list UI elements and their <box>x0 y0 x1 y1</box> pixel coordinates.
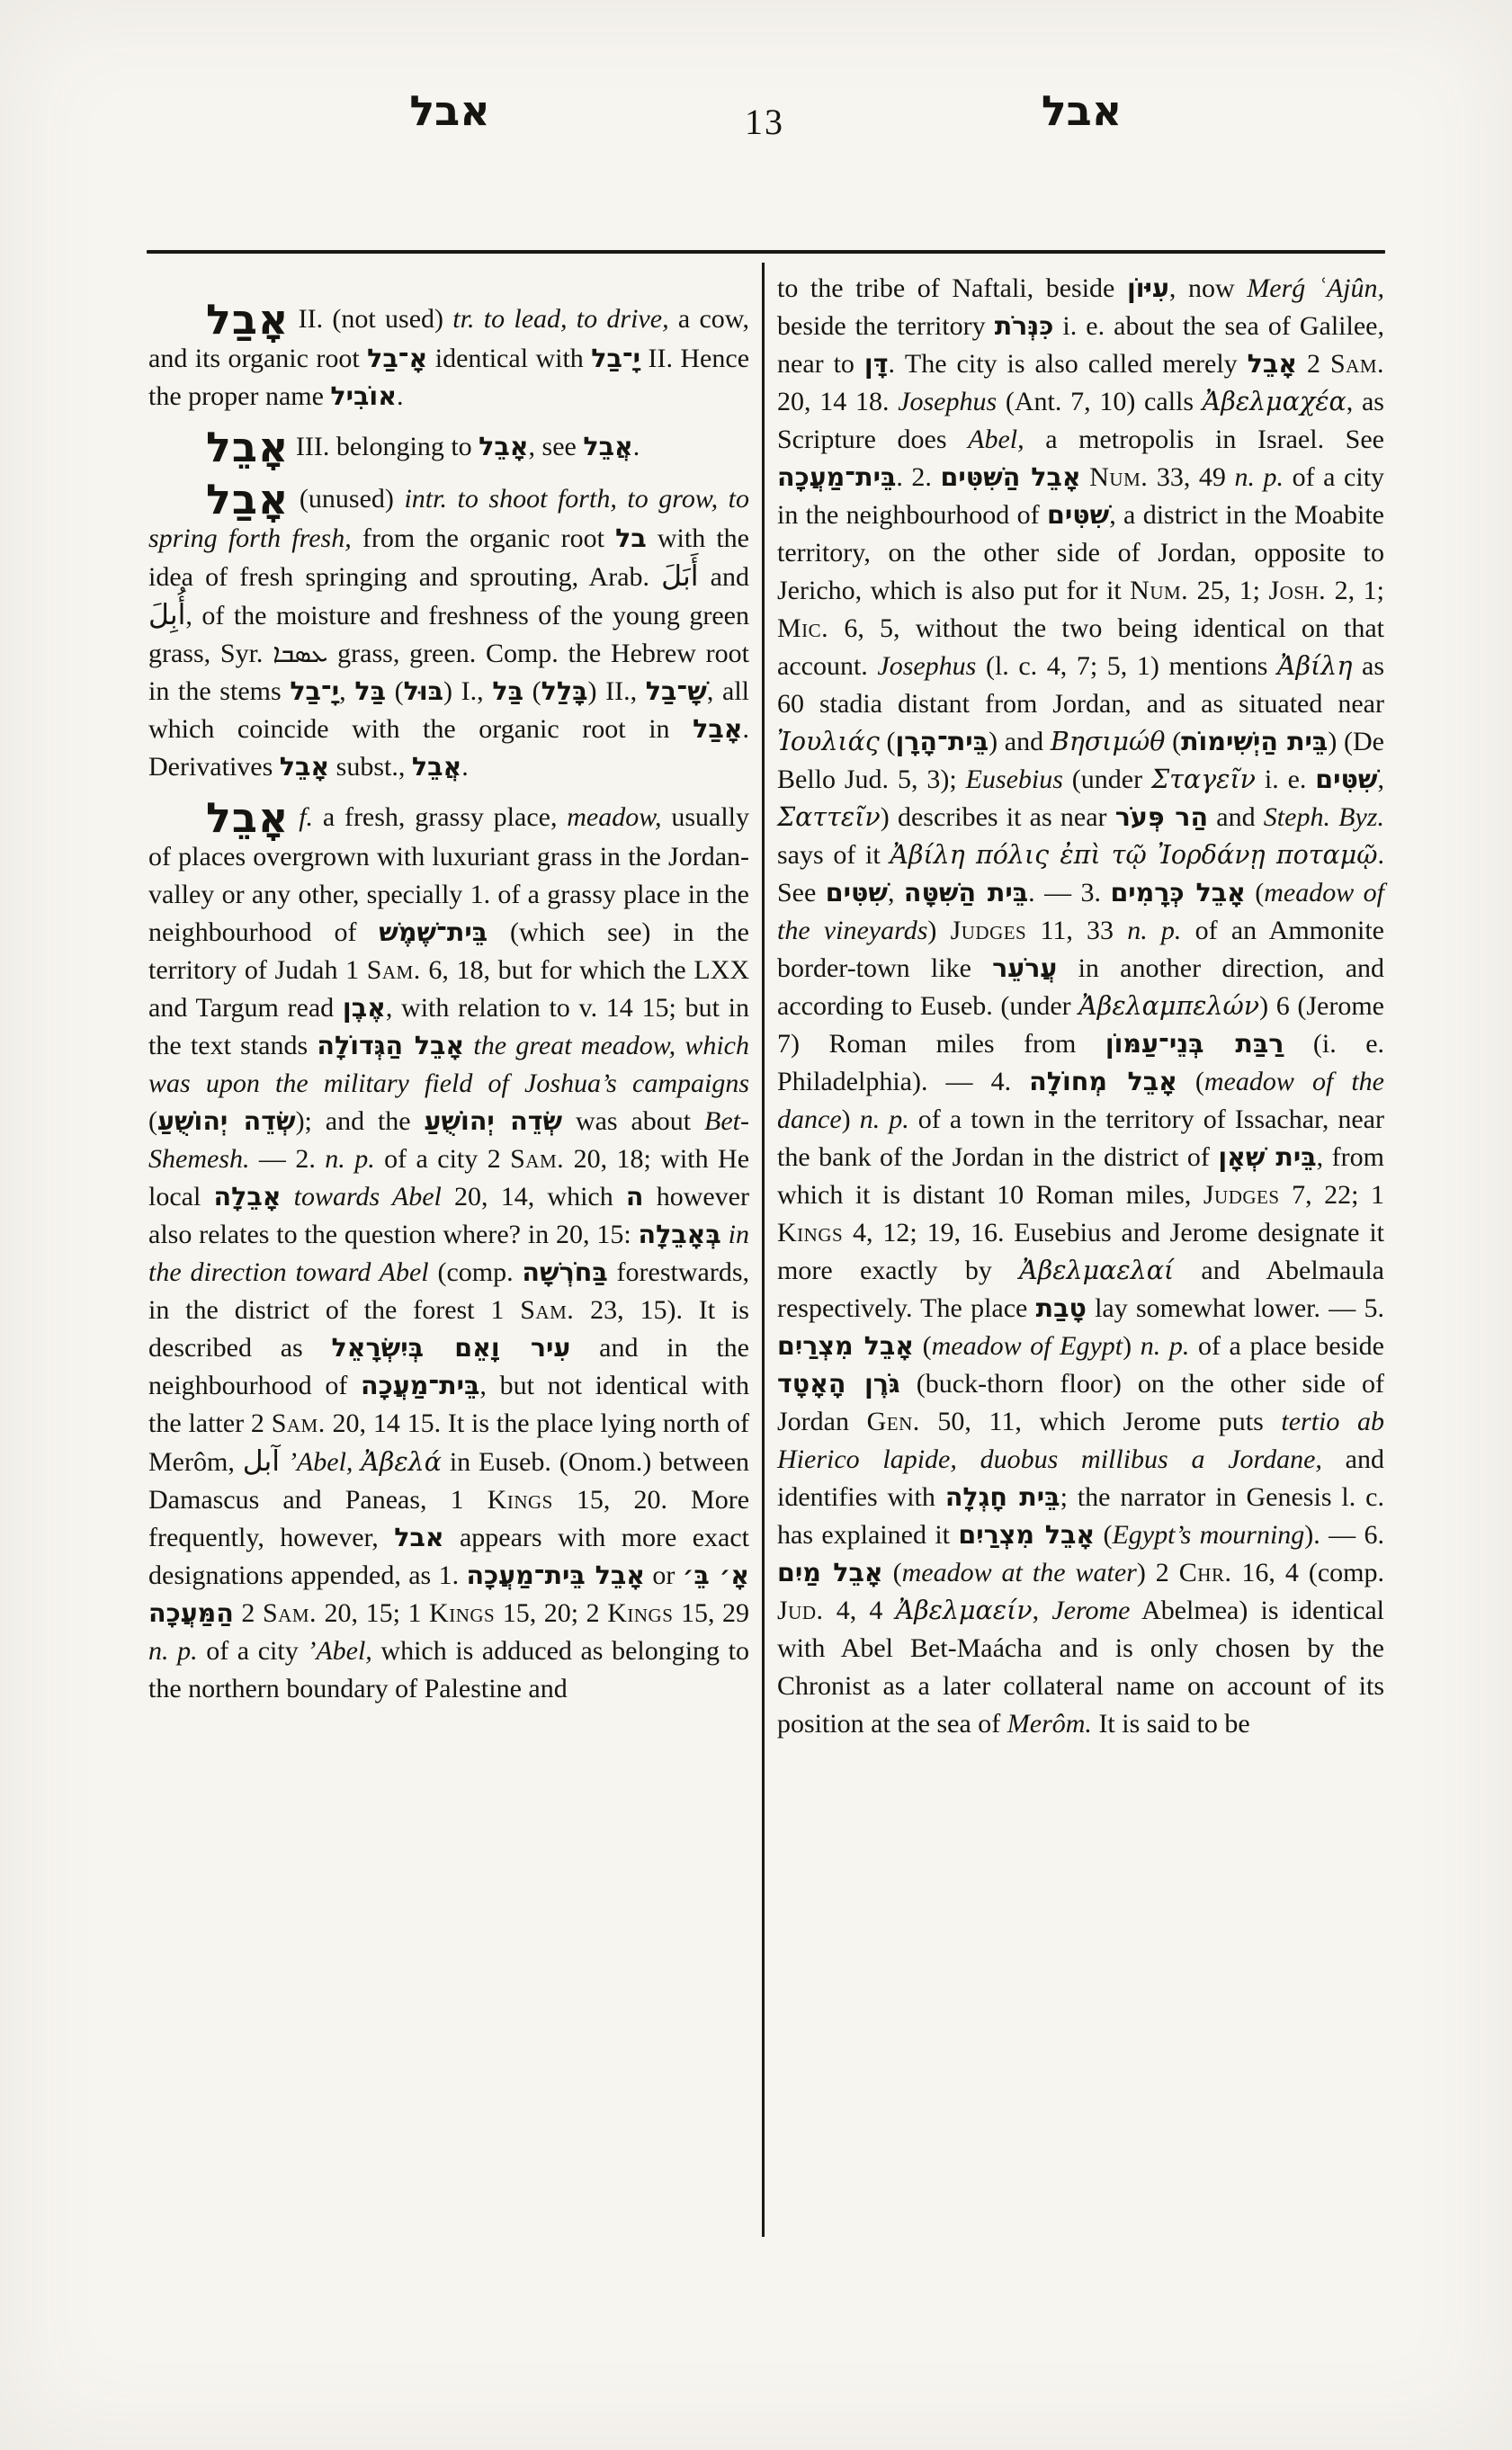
bible-book-abbrev: Kings <box>488 1485 553 1515</box>
text-run: ) and <box>989 727 1051 756</box>
hebrew-word: בֵּית־שֶׁמֶשׁ <box>379 917 488 947</box>
hebrew-word: אָבֵל בֵּית־מַעֲכָה <box>466 1560 645 1590</box>
text-run: ( <box>523 676 541 706</box>
text-run: Eusebius <box>966 765 1063 794</box>
text-run: ) II., <box>587 676 645 706</box>
text-run: , <box>1033 1596 1052 1625</box>
text-run: of a city 2 <box>375 1144 510 1174</box>
hebrew-word: בֵּית־הָרָן <box>895 727 989 756</box>
text-run: towards Abel <box>294 1182 442 1212</box>
text-run: 20, 14, which <box>442 1182 626 1212</box>
text-run: , see <box>529 432 584 461</box>
bible-book-abbrev: Kings <box>429 1598 495 1628</box>
bible-book-abbrev: Judges <box>1203 1180 1280 1210</box>
greek-word: Ἀβελμαχέα <box>1203 387 1346 416</box>
hebrew-word: בֵּית שְׁאָן <box>1218 1142 1316 1172</box>
hebrew-word: אָבֵל <box>1248 349 1297 379</box>
hebrew-word: אָבֵל מְחוֹלָה <box>1029 1067 1177 1096</box>
text-run: subst., <box>329 752 412 782</box>
hebrew-word: אֶבֶן <box>343 993 386 1023</box>
text-run <box>464 1031 473 1060</box>
text-run: 33, 49 <box>1148 462 1234 492</box>
hebrew-headword: אָבֵל <box>206 793 289 842</box>
entry-abel-meadow-continued: to the tribe of Naftali, beside עִיּוֹן,… <box>777 270 1384 1743</box>
bible-book-abbrev: Sam. <box>520 1295 574 1325</box>
text-run: meadow, <box>567 802 661 832</box>
text-run: (l. c. 4, 7; 5, 1) mentions <box>976 651 1277 681</box>
text-run: ( <box>1246 878 1264 908</box>
hebrew-word: אוֹבִיל <box>330 381 397 411</box>
text-run: ( <box>1095 1520 1112 1550</box>
greek-word: Ἀβελμαελαί <box>1019 1256 1174 1285</box>
text-run: . <box>633 432 640 461</box>
text-run: , <box>1378 765 1385 794</box>
hebrew-word: אבל <box>394 1523 443 1552</box>
column-divider-rule <box>762 263 765 2237</box>
text-run: ( <box>1165 727 1181 756</box>
arabic-word: آبل <box>243 1445 280 1478</box>
hebrew-word: בֵּית הַיְשִׁימוֹת <box>1181 727 1328 756</box>
text-run: Steph. Byz. <box>1264 802 1384 832</box>
text-run: or <box>645 1560 683 1590</box>
text-run: Jerome <box>1051 1596 1130 1625</box>
bible-book-abbrev: Josh. <box>1268 576 1326 605</box>
text-run: ( <box>148 1106 157 1136</box>
text-run: to the tribe of Naftali, beside <box>777 273 1127 303</box>
text-run: 2, 1; <box>1326 576 1384 605</box>
hebrew-headword: אָבֵל <box>206 423 289 471</box>
bible-book-abbrev: Num. <box>1130 576 1188 605</box>
text-run: Abel, <box>968 425 1024 454</box>
text-run: n. p. <box>1234 462 1284 492</box>
text-run: II. (not used) <box>289 304 452 334</box>
hebrew-word: שִׁטִּים <box>1315 765 1377 794</box>
text-run: It is said to be <box>1092 1709 1250 1739</box>
text-run: ( <box>386 676 404 706</box>
hebrew-word: בֵּית חָגְלָה <box>945 1482 1060 1512</box>
text-run: and <box>699 562 749 592</box>
greek-word: Ἀβίλη <box>1277 651 1352 681</box>
bible-book-abbrev: Kings <box>607 1598 673 1628</box>
text-run <box>353 1447 361 1477</box>
text-run: 20, 15; 1 <box>317 1598 429 1628</box>
greek-word: Ἀβελμαείν <box>896 1596 1033 1625</box>
text-run: lay somewhat lower. — 5. <box>1087 1293 1384 1323</box>
text-run <box>280 1447 288 1477</box>
hebrew-word: אָבֵלָה <box>214 1182 282 1212</box>
text-run: , <box>339 676 354 706</box>
text-run: 16, 4 (comp. <box>1231 1558 1384 1587</box>
text-run: and <box>1208 802 1264 832</box>
text-run: ’Abel, <box>288 1447 353 1477</box>
hebrew-word: בָּלַל <box>541 676 588 706</box>
text-run: 20, 14 18. <box>777 387 898 416</box>
text-run: (unused) <box>289 484 404 514</box>
text-run: 7, 22; 1 <box>1280 1180 1384 1210</box>
hebrew-word: עִיּוֹן <box>1127 273 1169 303</box>
running-head-right: אבל <box>778 86 1385 135</box>
text-run: i. e. <box>1256 765 1315 794</box>
syriac-word: ܥܣܒܐ <box>273 639 327 668</box>
text-run: f. <box>299 802 313 832</box>
text-run: ). — 6. <box>1304 1520 1384 1550</box>
entry-abal-verb: אָבַל (unused) intr. to shoot forth, to … <box>148 478 749 786</box>
text-run: n. p. <box>325 1144 374 1174</box>
text-run: ) <box>842 1104 860 1134</box>
bible-book-abbrev: Sam. <box>367 955 421 985</box>
bible-book-abbrev: Gen. <box>867 1407 920 1436</box>
bible-book-abbrev: Jud. <box>777 1596 824 1625</box>
hebrew-word: אָבֵל הַגְּדוֹלָה <box>317 1031 464 1060</box>
bible-book-abbrev: Judges <box>951 916 1027 945</box>
greek-word: Σταγεῖν <box>1151 765 1256 794</box>
hebrew-word: ה <box>626 1182 644 1212</box>
text-run: ) <box>1123 1331 1141 1361</box>
text-run: of a place beside <box>1189 1331 1384 1361</box>
hebrew-word: הַר פְּעֹר <box>1115 802 1208 832</box>
hebrew-word: בַּל <box>492 676 523 706</box>
text-run: (under <box>1063 765 1151 794</box>
running-head-right-word: אבל <box>1042 86 1122 135</box>
entry-abal-II: אָבַל II. (not used) tr. to lead, to dri… <box>148 299 749 416</box>
text-run: ) <box>927 916 950 945</box>
hebrew-word: בֵּית־מַעֲכָה <box>777 462 896 492</box>
hebrew-word: אָבֵל הַשִּׁטִּים <box>941 462 1081 492</box>
text-run: ); and the <box>296 1106 425 1136</box>
hebrew-word: אָבֵל כְּרָמִים <box>1110 878 1245 908</box>
hebrew-word: בַּל <box>354 676 386 706</box>
text-run: ) 2 <box>1137 1558 1179 1587</box>
greek-word: Ἀβελά <box>361 1447 442 1477</box>
hebrew-word: בַּחֹרְשָׁה <box>522 1257 607 1287</box>
bible-book-abbrev: Mic. <box>777 613 828 643</box>
hebrew-word: אֲבֵל <box>412 752 461 782</box>
text-run: 15, 20; 2 <box>495 1598 607 1628</box>
text-run: — 2. <box>249 1144 325 1174</box>
text-run: . <box>461 752 469 782</box>
hebrew-word: אָבֵל מִצְרַיִם <box>777 1331 914 1361</box>
running-head-left-word: אבל <box>409 86 489 135</box>
arabic-word: أَبَلَ <box>661 560 698 593</box>
hebrew-word: בּוּל <box>404 676 443 706</box>
hebrew-word: כִּנְּרֹת <box>995 311 1054 341</box>
text-run: III. belonging to <box>289 432 479 461</box>
hebrew-word: שִׁטִּים <box>826 878 888 908</box>
bible-book-abbrev: Sam. <box>510 1144 564 1174</box>
text-block: אָבַל II. (not used) tr. to lead, to dri… <box>148 263 1387 2237</box>
text-run: ) I., <box>443 676 492 706</box>
hebrew-word: אָ־בַל <box>367 344 427 373</box>
hebrew-word: גֹּרֶן הָאָטָד <box>777 1369 900 1399</box>
text-run <box>1081 462 1090 492</box>
entry-abel-meadow: אָבֵל f. a fresh, grassy place, meadow, … <box>148 797 749 1708</box>
text-run: Egypt’s mourning <box>1112 1520 1304 1550</box>
right-column: to the tribe of Naftali, beside עִיּוֹן,… <box>777 263 1384 1743</box>
text-run: 50, 11, which Jerome puts <box>920 1407 1282 1436</box>
text-run <box>281 1182 293 1212</box>
header-rule <box>147 250 1385 254</box>
hebrew-word: בְּאָבֵלָה <box>638 1220 720 1249</box>
text-run: meadow at the water <box>902 1558 1137 1587</box>
hebrew-word: אָבֵל מַיִם <box>777 1558 883 1587</box>
text-run: 4, 4 <box>824 1596 896 1625</box>
bible-book-abbrev: Sam. <box>272 1408 326 1438</box>
text-run: 2 <box>1297 349 1330 379</box>
hebrew-word: יָ־בַל <box>591 344 640 373</box>
greek-word: Βησιμώθ <box>1051 727 1166 756</box>
text-run: n. p. <box>1141 1331 1190 1361</box>
text-run: 11, 33 <box>1026 916 1127 945</box>
text-run: . <box>397 381 404 411</box>
hebrew-word: אָבֵל מִצְרַיִם <box>958 1520 1095 1550</box>
text-run: n. p. <box>1127 916 1181 945</box>
bible-book-abbrev: Sam. <box>1330 349 1384 379</box>
text-run: a metropolis in Israel. See <box>1024 425 1384 454</box>
hebrew-word: אָבַל <box>693 714 742 744</box>
lexicon-page: אבל 13 אבל אָבַל II. (not used) tr. to l… <box>0 0 1512 2450</box>
text-run: Josephus <box>898 387 997 416</box>
left-column: אָבַל II. (not used) tr. to lead, to dri… <box>148 263 749 1708</box>
text-run: n. p. <box>148 1636 198 1666</box>
hebrew-word: אָבֵל <box>479 432 528 461</box>
text-run: ( <box>883 1558 902 1587</box>
text-run: . 2. <box>896 462 940 492</box>
text-run: says of it <box>777 840 890 870</box>
text-run: (comp. <box>429 1257 523 1287</box>
text-run: Merǵ ʿAjûn, <box>1247 273 1384 303</box>
text-run: 2 <box>234 1598 263 1628</box>
bible-book-abbrev: Sam. <box>263 1598 317 1628</box>
hebrew-word: אֲבֵל <box>583 432 632 461</box>
text-run: Merôm. <box>1007 1709 1092 1739</box>
hebrew-word: דָּן <box>864 349 889 379</box>
entry-abel-III: אָבֵל III. belonging to אָבֵל, see אֲבֵל… <box>148 426 749 468</box>
hebrew-word: בל <box>615 523 647 553</box>
text-run: from the organic root <box>352 523 615 553</box>
hebrew-word: שְׂדֵה יְהוֹשֻׁעַ <box>157 1106 296 1136</box>
text-run: . The city is also called merely <box>888 349 1247 379</box>
text-run: ( <box>880 727 896 756</box>
bible-book-abbrev: Num. <box>1089 462 1148 492</box>
bible-book-abbrev: Chr. <box>1179 1558 1232 1587</box>
hebrew-headword: אָבַל <box>206 475 289 523</box>
greek-word: Ἀβίλη πόλις ἐπὶ τῷ Ἰορδάνῃ ποταμῷ <box>890 840 1377 870</box>
text-run: n. p. <box>860 1104 909 1134</box>
text-run: of a city <box>198 1636 308 1666</box>
hebrew-word: שָׁ־בַל <box>646 676 707 706</box>
bible-book-abbrev: Kings <box>777 1218 843 1247</box>
text-run: (Ant. 7, 10) calls <box>997 387 1203 416</box>
text-run: Josephus <box>877 651 976 681</box>
hebrew-word: טָבַת <box>1036 1293 1087 1323</box>
greek-word: Ἰουλιάς <box>777 727 880 756</box>
running-head-left: אבל <box>148 86 751 135</box>
text-run: tr. to lead, to drive, <box>452 304 668 334</box>
text-run: ( <box>914 1331 932 1361</box>
greek-word: Ἀβελαμπελών <box>1078 991 1259 1021</box>
text-run: 15, 29 <box>673 1598 749 1628</box>
text-run: , <box>888 878 904 908</box>
hebrew-word: רַבַּת בְּנֵי־עַמּוֹן <box>1105 1029 1284 1059</box>
text-run: ’Abel, <box>307 1636 371 1666</box>
hebrew-word: עֲרֹעֵר <box>992 953 1057 983</box>
hebrew-word: שִׁטִּים <box>1047 500 1109 530</box>
text-run: ( <box>1177 1067 1204 1096</box>
text-run <box>721 1220 729 1249</box>
hebrew-word: שְׂדֵה יְהוֹשֻׁעַ <box>425 1106 563 1136</box>
greek-word: Σαττεῖν <box>777 802 881 832</box>
text-run: meadow of Egypt <box>932 1331 1123 1361</box>
text-run: 25, 1; <box>1188 576 1268 605</box>
hebrew-word: אָבֵל <box>280 752 329 782</box>
text-run: was about <box>562 1106 704 1136</box>
hebrew-word: בֵּית הַשִּׁטָּה <box>904 878 1028 908</box>
text-run: identical with <box>427 344 591 373</box>
text-run: , now <box>1169 273 1247 303</box>
hebrew-word: יָ־בַל <box>290 676 339 706</box>
text-run: ) describes it as near <box>881 802 1115 832</box>
text-run <box>289 802 299 832</box>
hebrew-word: עִיר וָאֵם בְּיִשְׂרָאֵל <box>332 1333 571 1363</box>
text-run: beside the territory <box>777 311 995 341</box>
hebrew-word: בֵּית־מַעֲכָה <box>361 1371 479 1400</box>
hebrew-headword: אָבַל <box>206 295 289 344</box>
text-run: a fresh, grassy place, <box>313 802 567 832</box>
arabic-word: أُبِلَ <box>148 599 185 631</box>
text-run: . — 3. <box>1028 878 1110 908</box>
